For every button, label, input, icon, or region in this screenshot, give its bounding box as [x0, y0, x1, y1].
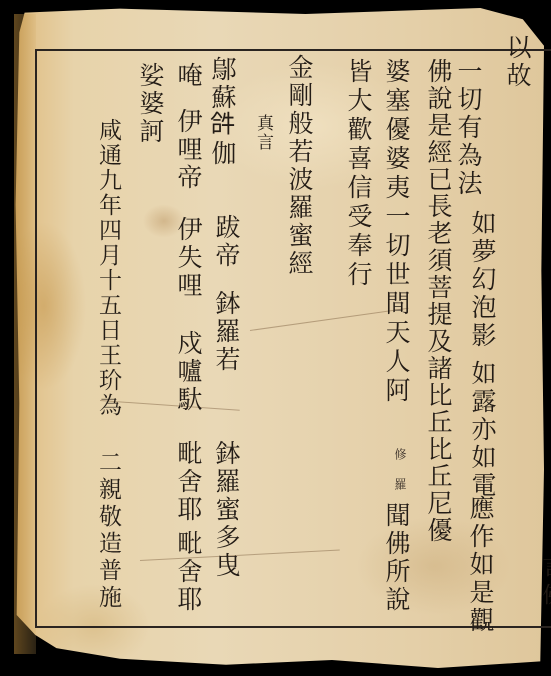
text-column: 婆塞優婆夷一切世間天人阿	[384, 58, 409, 406]
small-character: 修	[394, 448, 406, 461]
small-character: 羅	[394, 478, 406, 491]
mantra-line: 鉢羅蜜多曳	[214, 440, 239, 580]
text-column: 以故	[505, 34, 530, 90]
text-column: 應作如是觀	[468, 495, 493, 635]
scroll-edge-stain	[14, 14, 36, 654]
mantra-line: 娑婆訶	[138, 62, 163, 146]
mantra-line: 唵	[176, 62, 201, 90]
mantra-heading: 真言	[254, 114, 271, 152]
text-column: 如露亦如電	[470, 360, 495, 500]
mantra-line: 伊哩帝	[176, 108, 201, 192]
text-column: 皆大歡喜信受奉行	[346, 58, 371, 290]
mantra-line: 跋帝	[214, 214, 239, 270]
frame-line-top	[36, 49, 551, 51]
text-column: 如夢幻泡影	[470, 210, 495, 350]
partial-edge-text: 言佛	[540, 555, 551, 611]
mantra-line: 毗舍耶	[176, 440, 201, 524]
mantra-line: 戍嚧馱	[176, 330, 201, 414]
text-column: 一切有為法	[456, 58, 481, 198]
colophon-dedication: 二親敬造普施	[96, 450, 119, 612]
text-column: 聞佛所說	[384, 502, 409, 614]
mantra-line: 毗舍耶	[176, 530, 201, 614]
mantra-line: 伊失哩	[176, 216, 201, 300]
mantra-line: 鉢羅若	[214, 290, 239, 374]
text-column: 佛說是經已長老須菩提及諸比丘比丘尼優	[426, 58, 451, 544]
frame-line-left	[35, 49, 37, 627]
sutra-title: 金剛般若波羅蜜經	[287, 54, 312, 278]
mantra-line: 鄔蘇𤙖伽	[210, 56, 235, 168]
colophon-date: 咸通九年四月十五日王玠為	[96, 118, 119, 418]
